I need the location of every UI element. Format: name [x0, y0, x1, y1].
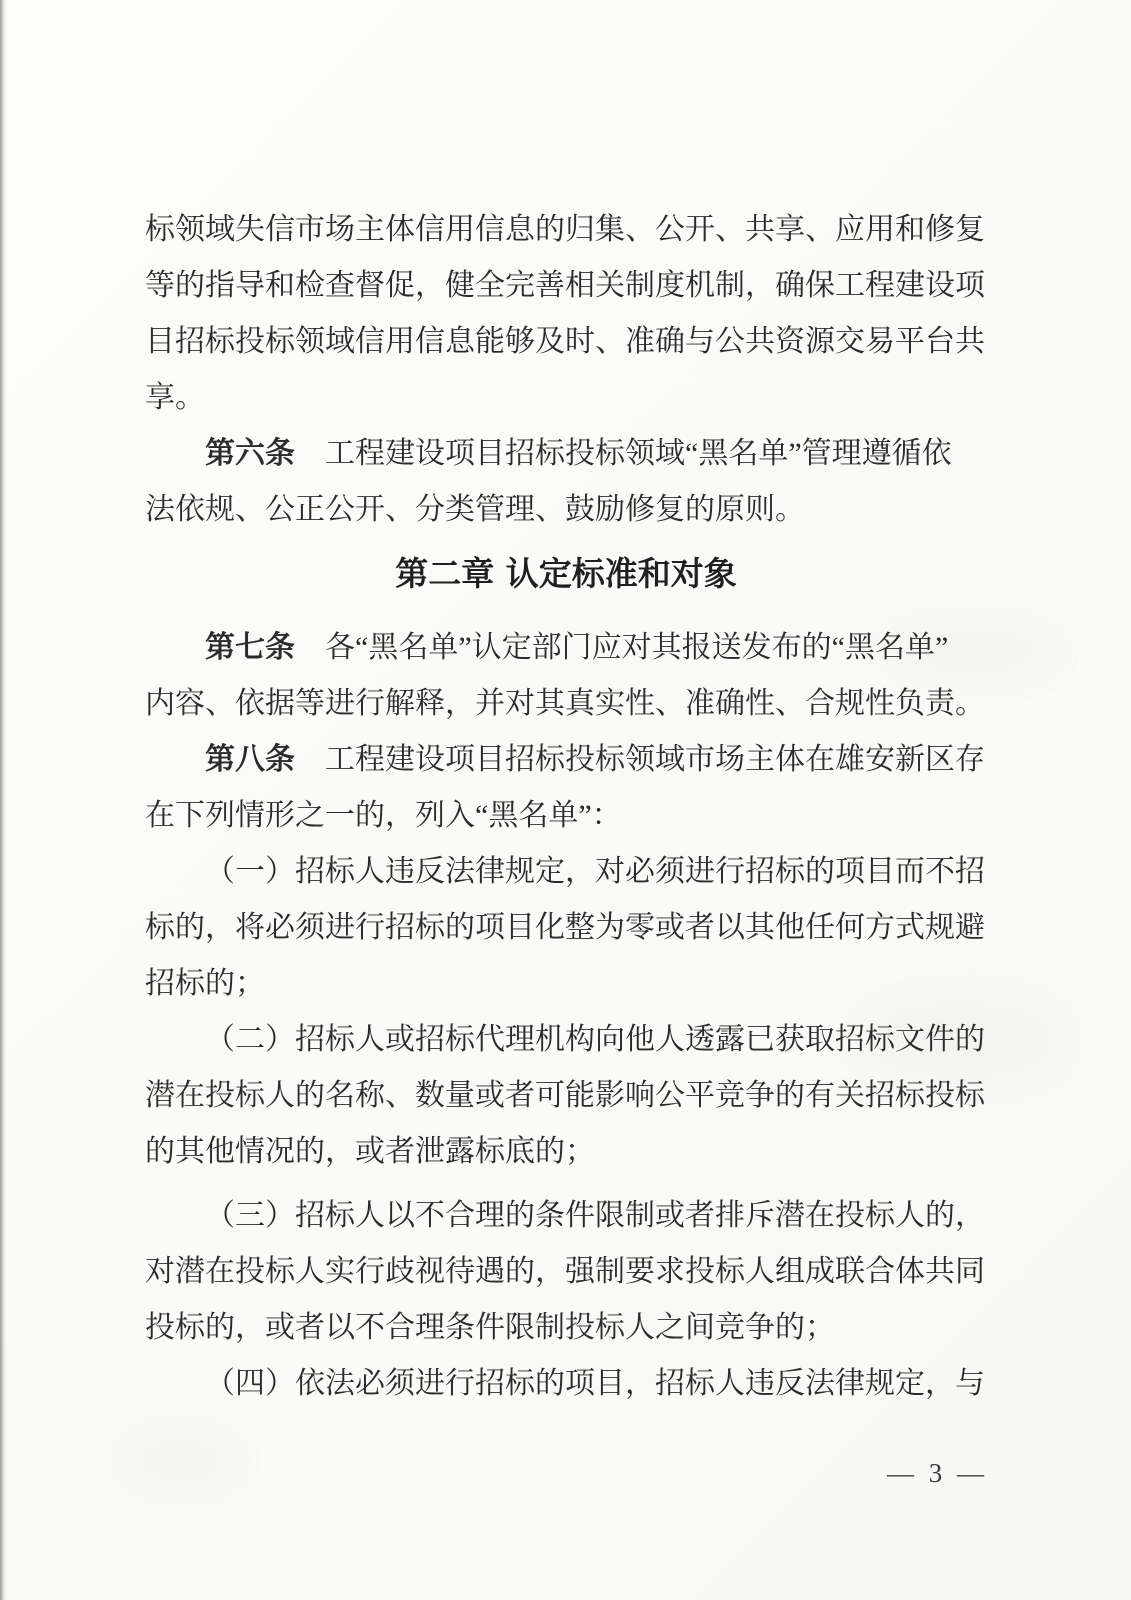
text-line: 标领域失信市场主体信用信息的归集、公开、共享、应用和修复	[145, 202, 987, 258]
text-line: 的其他情况的，或者泄露标底的；	[145, 1124, 987, 1180]
paragraph-article-7: 第七条各“黑名单”认定部门应对其报送发布的“黑名单” 内容、依据等进行解释，并对…	[145, 620, 987, 732]
text-line: 第六条工程建设项目招标投标领域“黑名单”管理遵循依	[145, 426, 987, 482]
text-line: 招标的；	[145, 956, 987, 1012]
paragraph-item-2: （二）招标人或招标代理机构向他人透露已获取招标文件的 潜在投标人的名称、数量或者…	[145, 1012, 987, 1180]
text-line: 对潜在投标人实行歧视待遇的，强制要求投标人组成联合体共同	[145, 1244, 987, 1300]
article-text: 工程建设项目招标投标领域“黑名单”管理遵循依	[325, 437, 952, 470]
article-text: 各“黑名单”认定部门应对其报送发布的“黑名单”	[325, 631, 948, 664]
text-line: 法依规、公正公开、分类管理、鼓励修复的原则。	[145, 482, 987, 538]
text-line: 享。	[145, 370, 987, 426]
scan-edge-artifact	[0, 0, 7, 1600]
text-line: 潜在投标人的名称、数量或者可能影响公平竞争的有关招标投标	[145, 1068, 987, 1124]
text-line: （二）招标人或招标代理机构向他人透露已获取招标文件的	[145, 1012, 987, 1068]
chapter-heading: 第二章 认定标准和对象	[145, 552, 987, 596]
document-page: 标领域失信市场主体信用信息的归集、公开、共享、应用和修复 等的指导和检查督促，健…	[0, 0, 1131, 1600]
article-number-label: 第六条	[205, 436, 295, 471]
text-line: 目招标投标领域信用信息能够及时、准确与公共资源交易平台共	[145, 314, 987, 370]
paragraph-article-6: 第六条工程建设项目招标投标领域“黑名单”管理遵循依 法依规、公正公开、分类管理、…	[145, 426, 987, 538]
paragraph-item-4: （四）依法必须进行招标的项目，招标人违反法律规定，与	[145, 1356, 987, 1412]
paragraph-item-1: （一）招标人违反法律规定，对必须进行招标的项目而不招 标的，将必须进行招标的项目…	[145, 844, 987, 1012]
paragraph-item-3: （三）招标人以不合理的条件限制或者排斥潜在投标人的， 对潜在投标人实行歧视待遇的…	[145, 1188, 987, 1356]
page-number: — 3 —	[887, 1458, 988, 1489]
article-number-label: 第七条	[205, 630, 295, 665]
text-line: （三）招标人以不合理的条件限制或者排斥潜在投标人的，	[145, 1188, 987, 1244]
text-line: 在下列情形之一的，列入“黑名单”：	[145, 788, 987, 844]
paragraph-article-8: 第八条工程建设项目招标投标领域市场主体在雄安新区存 在下列情形之一的，列入“黑名…	[145, 732, 987, 844]
text-line: 内容、依据等进行解释，并对其真实性、准确性、合规性负责。	[145, 676, 987, 732]
text-line: 第七条各“黑名单”认定部门应对其报送发布的“黑名单”	[145, 620, 987, 676]
scan-smudge-artifact	[120, 1430, 240, 1490]
text-line: 投标的，或者以不合理条件限制投标人之间竞争的；	[145, 1300, 987, 1356]
article-number-label: 第八条	[205, 742, 295, 777]
paragraph-continuation: 标领域失信市场主体信用信息的归集、公开、共享、应用和修复 等的指导和检查督促，健…	[145, 202, 987, 426]
text-line: （一）招标人违反法律规定，对必须进行招标的项目而不招	[145, 844, 987, 900]
text-line: 等的指导和检查督促，健全完善相关制度机制，确保工程建设项	[145, 258, 987, 314]
text-line: 第八条工程建设项目招标投标领域市场主体在雄安新区存	[145, 732, 987, 788]
document-body: 标领域失信市场主体信用信息的归集、公开、共享、应用和修复 等的指导和检查督促，健…	[145, 202, 987, 1412]
text-line: （四）依法必须进行招标的项目，招标人违反法律规定，与	[145, 1356, 987, 1412]
text-line: 标的，将必须进行招标的项目化整为零或者以其他任何方式规避	[145, 900, 987, 956]
article-text: 工程建设项目招标投标领域市场主体在雄安新区存	[325, 743, 985, 776]
